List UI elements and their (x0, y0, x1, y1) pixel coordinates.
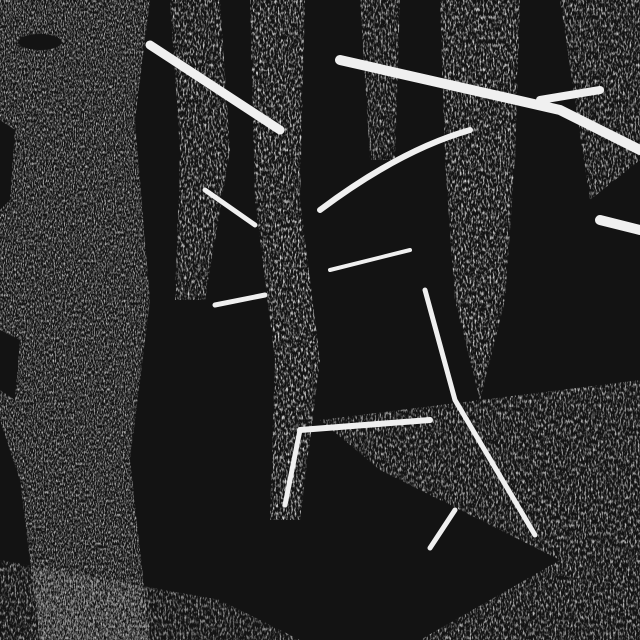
forest-print-image (0, 0, 640, 640)
forest-illustration (0, 0, 640, 640)
